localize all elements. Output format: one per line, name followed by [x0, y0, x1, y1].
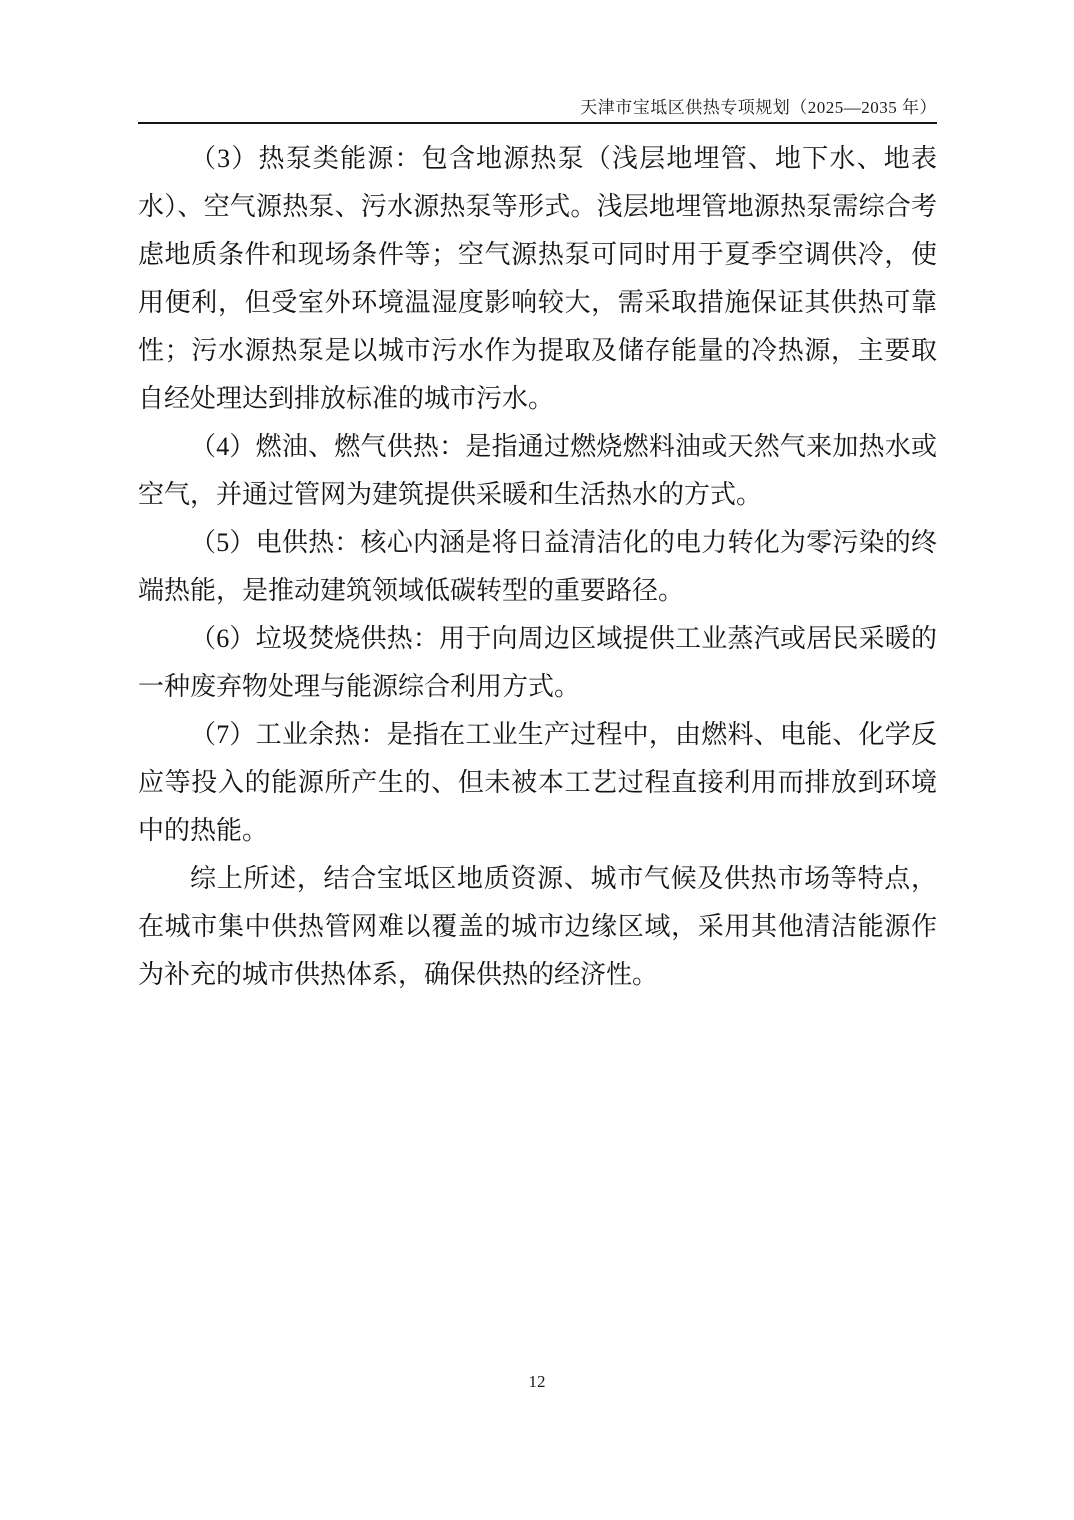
page-header: 天津市宝坻区供热专项规划（2025—2035 年）: [138, 0, 937, 124]
header-title: 天津市宝坻区供热专项规划（2025—2035 年）: [138, 97, 937, 124]
paragraph-summary: 综上所述，结合宝坻区地质资源、城市气候及供热市场等特点，在城市集中供热管网难以覆…: [138, 855, 937, 999]
paragraph-industrial-waste-heat: （7）工业余热：是指在工业生产过程中，由燃料、电能、化学反应等投入的能源所产生的…: [138, 711, 937, 855]
paragraph-oil-gas-heating: （4）燃油、燃气供热：是指通过燃烧燃料油或天然气来加热水或空气，并通过管网为建筑…: [138, 423, 937, 519]
paragraph-heat-pump-energy: （3）热泵类能源：包含地源热泵（浅层地埋管、地下水、地表水）、空气源热泵、污水源…: [138, 135, 937, 423]
paragraph-electric-heating: （5）电供热：核心内涵是将日益清洁化的电力转化为零污染的终端热能，是推动建筑领域…: [138, 519, 937, 615]
document-page: 天津市宝坻区供热专项规划（2025—2035 年） （3）热泵类能源：包含地源热…: [0, 0, 1074, 1520]
document-body: （3）热泵类能源：包含地源热泵（浅层地埋管、地下水、地表水）、空气源热泵、污水源…: [138, 124, 937, 999]
page-number: 12: [0, 1372, 1074, 1392]
paragraph-waste-incineration-heating: （6）垃圾焚烧供热：用于向周边区域提供工业蒸汽或居民采暖的一种废弃物处理与能源综…: [138, 615, 937, 711]
